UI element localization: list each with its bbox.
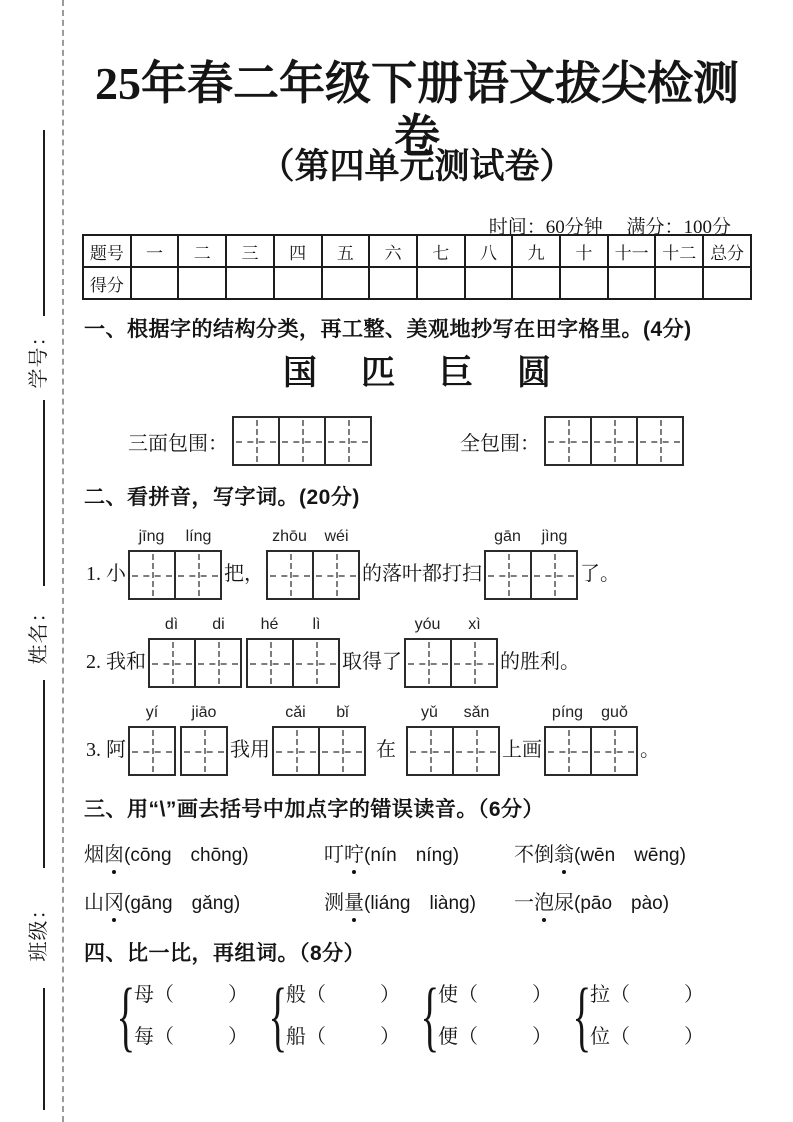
dotted-character: 囱: [104, 840, 124, 870]
pinyin-row: yóuxì: [404, 616, 498, 638]
section3-row-1: 烟囱(cōng chōng) 叮咛(nín níng) 不倒翁(wēn wēng…: [84, 840, 752, 871]
dotted-character: 咛: [344, 840, 364, 870]
word-compare-group: { 母（） 每（）: [110, 980, 248, 1052]
score-table-header-cell: 五: [322, 235, 370, 267]
pinyin-options: (gāng gǎng): [124, 893, 240, 914]
compare-character: 般: [286, 981, 306, 1009]
paren-open: （: [306, 1023, 326, 1051]
tianzige-cell: [590, 416, 638, 466]
section1-character-row: 国 匹 巨 圆: [82, 352, 752, 396]
writing-box: [180, 726, 228, 776]
sentence-text: 在: [376, 733, 396, 762]
paren-close: ）: [380, 981, 400, 1009]
brace: {: [573, 980, 586, 1052]
paren-close: ）: [380, 1023, 400, 1051]
tianzige-cell: [318, 726, 366, 776]
compare-character: 位: [590, 1023, 610, 1051]
score-table-header-cell: 十二: [655, 235, 703, 267]
pinyin-syllable: wéi: [313, 528, 360, 550]
score-empty-cell: [322, 267, 370, 299]
word-compare-row: 位（）: [590, 1023, 704, 1051]
pinyin-syllable: gān: [484, 528, 531, 550]
word-compare-row: 船（）: [286, 1023, 400, 1051]
section3-heading: 三、用“\”画去括号中加点字的错误读音。（6分）: [84, 796, 752, 824]
phonetic-choice-item: 叮咛(nín níng): [324, 840, 514, 871]
tianzige-cell: [544, 416, 592, 466]
writing-grid: [544, 416, 684, 466]
paper-subtitle: （第四单元测试卷）: [82, 146, 752, 188]
model-character: 圆: [517, 352, 551, 396]
pinyin-box-unit: yí: [128, 704, 176, 776]
pinyin-sentence-3: 3. 阿 yí jiāo 我用 cǎibǐ 在 yǔsǎn 上画 píngguǒ…: [84, 704, 752, 776]
score-empty-cell: [465, 267, 513, 299]
sentence-text: 把，: [224, 557, 264, 586]
pinyin-syllable: guǒ: [591, 704, 638, 726]
score-empty-cell: [369, 267, 417, 299]
score-table-header-cell: 八: [465, 235, 513, 267]
paren-open: （: [610, 981, 630, 1009]
pinyin-options: (wēn wēng): [574, 845, 686, 866]
pinyin-syllable: bǐ: [319, 704, 366, 726]
word-compare-row: 使（）: [438, 981, 552, 1009]
phonetic-choice-item: 不倒翁(wēn wēng): [514, 840, 752, 871]
three-side-enclosure-label: 三面包围：: [128, 427, 228, 456]
score-table-header-cell: 题号: [83, 235, 131, 267]
section4-heading: 四、比一比，再组词。（8分）: [84, 940, 752, 968]
writing-box: [406, 726, 500, 776]
tianzige-cell: [636, 416, 684, 466]
pinyin-syllable: xì: [451, 616, 498, 638]
tianzige-cell: [194, 638, 242, 688]
pinyin-syllable: jīng: [128, 528, 175, 550]
score-table-header-cell: 六: [369, 235, 417, 267]
writing-box: [544, 726, 638, 776]
tianzige-cell: [278, 416, 326, 466]
score-table-header-cell: 九: [512, 235, 560, 267]
paren-open: （: [458, 1023, 478, 1051]
word-compare-group: { 般（） 船（）: [262, 980, 400, 1052]
paren-close: ）: [684, 1023, 704, 1051]
pinyin-syllable: di: [195, 616, 242, 638]
score-empty-cell: [512, 267, 560, 299]
tianzige-cell: [452, 726, 500, 776]
sentence-text: 上画: [502, 733, 542, 762]
tianzige-cell: [590, 726, 638, 776]
phonetic-choice-item: 烟囱(cōng chōng): [84, 840, 324, 871]
writing-box: [128, 726, 176, 776]
sentence-text: 1. 小: [86, 557, 126, 586]
writing-box: [484, 550, 578, 600]
paren-close: ）: [532, 981, 552, 1009]
writing-box: [266, 550, 360, 600]
pinyin-row: jiāo: [180, 704, 228, 726]
pinyin-row: píngguǒ: [544, 704, 638, 726]
compare-character: 母: [134, 981, 154, 1009]
student-info-blank-line: [43, 988, 45, 1110]
pinyin-box-unit: píngguǒ: [544, 704, 638, 776]
compare-character: 每: [134, 1023, 154, 1051]
word-compare-column: 拉（） 位（）: [590, 981, 704, 1051]
pinyin-syllable: hé: [246, 616, 293, 638]
word-compare-row: 拉（）: [590, 981, 704, 1009]
compare-character: 便: [438, 1023, 458, 1051]
score-empty-cell: [608, 267, 656, 299]
score-empty-cell: [131, 267, 179, 299]
pinyin-syllable: yóu: [404, 616, 451, 638]
pinyin-box-unit: zhōuwéi: [266, 528, 360, 600]
pinyin-box-unit: cǎibǐ: [272, 704, 366, 776]
sentence-text: 取得了: [342, 645, 402, 674]
section4-groups-row: { 母（） 每（） { 般（） 船（） { 使（） 便（） { 拉（） 位（）: [82, 980, 752, 1052]
pinyin-row: yí: [128, 704, 176, 726]
compare-character: 船: [286, 1023, 306, 1051]
writing-box: [272, 726, 366, 776]
pinyin-sentence-2: 2. 我和 dìdi hélì 取得了 yóuxì 的胜利。: [84, 616, 752, 688]
word-compare-column: 般（） 船（）: [286, 981, 400, 1051]
brace: {: [421, 980, 434, 1052]
tianzige-cell: [530, 550, 578, 600]
paren-open: （: [458, 981, 478, 1009]
word-compare-row: 便（）: [438, 1023, 552, 1051]
tianzige-cell: [324, 416, 372, 466]
score-empty-cell: [178, 267, 226, 299]
pinyin-box-unit: yóuxì: [404, 616, 498, 688]
tianzige-cell: [404, 638, 452, 688]
pinyin-options: (pāo pào): [574, 893, 669, 914]
compare-character: 拉: [590, 981, 610, 1009]
word-compare-column: 母（） 每（）: [134, 981, 248, 1051]
writing-grid: [232, 416, 372, 466]
writing-box: [246, 638, 340, 688]
phonetic-choice-item: 一泡尿(pāo pào): [514, 888, 752, 919]
sentence-text: 的落叶都打扫: [362, 557, 482, 586]
word-text: 一: [514, 892, 534, 914]
question-number-row: 题号 一 二 三 四 五 六 七 八 九 十 十一 十二 总分: [83, 235, 751, 267]
paren-close: ）: [228, 981, 248, 1009]
sentence-text: 的胜利。: [500, 645, 580, 674]
full-enclosure-label: 全包围：: [460, 427, 540, 456]
phonetic-choice-item: 测量(liáng liàng): [324, 888, 514, 919]
pinyin-syllable: jiāo: [180, 704, 228, 726]
tianzige-cell: [246, 638, 294, 688]
pinyin-box-unit: jiāo: [180, 704, 228, 776]
dotted-character: 翁: [554, 840, 574, 870]
student-class-label: 班级：: [22, 888, 46, 972]
pinyin-options: (nín níng): [364, 845, 459, 866]
model-character: 匹: [361, 352, 395, 396]
score-table-header-cell: 七: [417, 235, 465, 267]
pinyin-sentence-1: 1. 小 jīnglíng 把， zhōuwéi 的落叶都打扫 gānjìng …: [84, 528, 752, 600]
word-compare-group: { 使（） 便（）: [414, 980, 552, 1052]
brace: {: [117, 980, 130, 1052]
dotted-character: 量: [344, 888, 364, 918]
pinyin-row: gānjìng: [484, 528, 578, 550]
pinyin-row: hélì: [246, 616, 340, 638]
score-row: 得分: [83, 267, 751, 299]
model-character: 国: [283, 352, 317, 396]
score-row-label: 得分: [83, 267, 131, 299]
tianzige-cell: [232, 416, 280, 466]
pinyin-syllable: cǎi: [272, 704, 319, 726]
pinyin-syllable: píng: [544, 704, 591, 726]
word-text: 测: [324, 892, 344, 914]
pinyin-syllable: jìng: [531, 528, 578, 550]
sentence-text: 。: [640, 733, 660, 762]
writing-box: [404, 638, 498, 688]
word-text: 不倒: [514, 844, 554, 866]
dotted-character: 泡: [534, 888, 554, 918]
model-character: 巨: [439, 352, 473, 396]
pinyin-box-unit: hélì: [246, 616, 340, 688]
writing-box: [148, 638, 242, 688]
paren-open: （: [154, 981, 174, 1009]
margin-divider-dashed-line: [62, 0, 64, 1122]
tianzige-cell: [312, 550, 360, 600]
word-text: 尿: [554, 892, 574, 914]
brace: {: [269, 980, 282, 1052]
score-table-header-cell: 二: [178, 235, 226, 267]
sentence-text: 2. 我和: [86, 645, 146, 674]
compare-character: 使: [438, 981, 458, 1009]
section1-grid-row: 三面包围： 全包围：: [82, 416, 752, 466]
word-compare-row: 每（）: [134, 1023, 248, 1051]
score-empty-cell: [226, 267, 274, 299]
student-info-blank-line: [43, 400, 45, 586]
student-info-blank-line: [43, 680, 45, 868]
pinyin-syllable: líng: [175, 528, 222, 550]
score-empty-cell: [703, 267, 751, 299]
paren-close: ）: [532, 1023, 552, 1051]
score-table-header-cell: 十: [560, 235, 608, 267]
pinyin-box-unit: jīnglíng: [128, 528, 222, 600]
pinyin-syllable: lì: [293, 616, 340, 638]
score-table-header-cell: 四: [274, 235, 322, 267]
score-table-header-cell: 一: [131, 235, 179, 267]
pinyin-syllable: zhōu: [266, 528, 313, 550]
sentence-text: 我用: [230, 733, 270, 762]
tianzige-cell: [406, 726, 454, 776]
paren-close: ）: [228, 1023, 248, 1051]
score-empty-cell: [560, 267, 608, 299]
paren-open: （: [610, 1023, 630, 1051]
dotted-character: 冈: [104, 888, 124, 918]
word-compare-row: 般（）: [286, 981, 400, 1009]
score-empty-cell: [655, 267, 703, 299]
sentence-text: 了。: [580, 557, 620, 586]
score-table: 题号 一 二 三 四 五 六 七 八 九 十 十一 十二 总分 得分: [82, 234, 752, 300]
pinyin-row: jīnglíng: [128, 528, 222, 550]
word-text: 山: [84, 892, 104, 914]
writing-box: [128, 550, 222, 600]
student-name-label: 姓名：: [22, 591, 46, 675]
tianzige-cell: [484, 550, 532, 600]
score-table-header-cell: 总分: [703, 235, 751, 267]
pinyin-syllable: yí: [128, 704, 176, 726]
paren-open: （: [154, 1023, 174, 1051]
tianzige-cell: [544, 726, 592, 776]
pinyin-box-unit: dìdi: [148, 616, 242, 688]
student-info-blank-line: [43, 130, 45, 316]
pinyin-box-unit: gānjìng: [484, 528, 578, 600]
tianzige-cell: [272, 726, 320, 776]
pinyin-row: dìdi: [148, 616, 242, 638]
section3-row-2: 山冈(gāng gǎng) 测量(liáng liàng) 一泡尿(pāo pà…: [84, 888, 752, 919]
test-paper-page: { "title": "25年春二年级下册语文拔尖检测卷", "subtitle…: [0, 0, 793, 1122]
word-compare-row: 母（）: [134, 981, 248, 1009]
score-empty-cell: [417, 267, 465, 299]
tianzige-cell: [174, 550, 222, 600]
word-text: 烟: [84, 844, 104, 866]
tianzige-cell: [180, 726, 228, 776]
section2-heading: 二、看拼音，写字词。(20分): [84, 484, 752, 512]
tianzige-cell: [128, 550, 176, 600]
tianzige-cell: [128, 726, 176, 776]
tianzige-cell: [266, 550, 314, 600]
score-empty-cell: [274, 267, 322, 299]
pinyin-row: yǔsǎn: [406, 704, 500, 726]
word-compare-column: 使（） 便（）: [438, 981, 552, 1051]
student-id-label: 学号：: [22, 315, 46, 399]
tianzige-cell: [148, 638, 196, 688]
pinyin-syllable: yǔ: [406, 704, 453, 726]
pinyin-syllable: dì: [148, 616, 195, 638]
phonetic-choice-item: 山冈(gāng gǎng): [84, 888, 324, 919]
pinyin-row: zhōuwéi: [266, 528, 360, 550]
pinyin-syllable: sǎn: [453, 704, 500, 726]
sentence-text: 3. 阿: [86, 733, 126, 762]
tianzige-cell: [292, 638, 340, 688]
word-text: 叮: [324, 844, 344, 866]
score-table-header-cell: 十一: [608, 235, 656, 267]
section1-heading: 一、根据字的结构分类，再工整、美观地抄写在田字格里。(4分): [84, 316, 752, 344]
pinyin-box-unit: yǔsǎn: [406, 704, 500, 776]
paren-close: ）: [684, 981, 704, 1009]
pinyin-row: cǎibǐ: [272, 704, 366, 726]
tianzige-cell: [450, 638, 498, 688]
pinyin-options: (liáng liàng): [364, 893, 476, 914]
word-compare-group: { 拉（） 位（）: [566, 980, 704, 1052]
paren-open: （: [306, 981, 326, 1009]
pinyin-options: (cōng chōng): [124, 845, 249, 866]
score-table-header-cell: 三: [226, 235, 274, 267]
